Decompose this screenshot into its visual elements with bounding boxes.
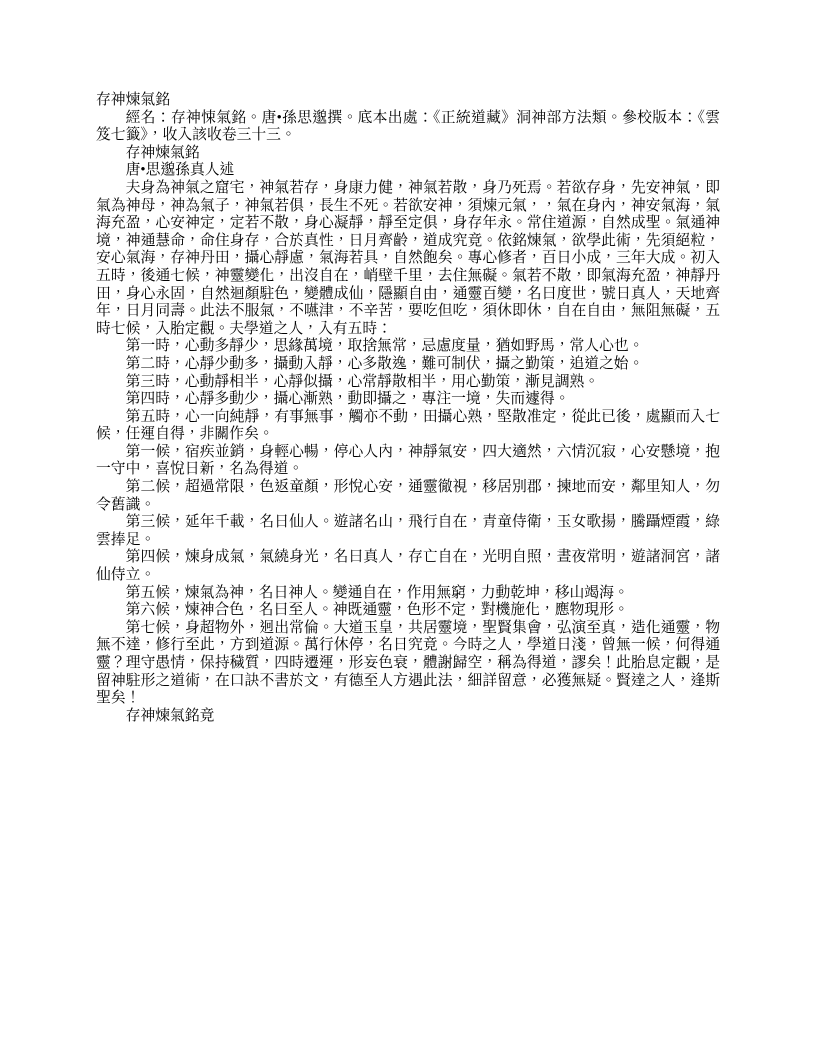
document-page: 存神煉氣銘 經名：存神悚氣銘。唐•孫思邈撰。底本出處：《正統道藏》洞神部方法類。… bbox=[0, 0, 816, 1056]
stage-3-paragraph: 第三時，心動靜相半，心靜似攝，心常靜散相半，用心勤策，漸見調熟。 bbox=[96, 374, 720, 392]
stage-5-paragraph: 第五時，心一向純靜，有事無事，觸亦不動，田攝心熟，堅散准定，從此已後，處顯而入七… bbox=[96, 409, 720, 444]
doc-heading: 存神煉氣銘 bbox=[96, 92, 720, 110]
phase-3-paragraph: 第三候，延年千載，名日仙人。遊諸名山，飛行自在，青童侍衛，玉女歌揚，騰躡煙霞，綠… bbox=[96, 514, 720, 549]
phase-5-paragraph: 第五候，煉氣為神，名日神人。變通自在，作用無窮，力動乾坤，移山竭海。 bbox=[96, 585, 720, 603]
inner-title: 存神煉氣銘 bbox=[96, 145, 720, 163]
intro-paragraph: 夫身為神氣之窟宅，神氣若存，身康力健，神氣若散，身乃死焉。若欲存身，先安神氣，即… bbox=[96, 180, 720, 338]
stage-4-paragraph: 第四時，心靜多動少，攝心漸熟，動即攝之，專注一境，失而遽得。 bbox=[96, 391, 720, 409]
phase-1-paragraph: 第一候，宿疾並銷，身輕心暢，停心人內，神靜氣安，四大適然，六情沉寂，心安懸境，抱… bbox=[96, 444, 720, 479]
stage-2-paragraph: 第二時，心靜少動多，攝動入靜，心多散逸，難可制伏，攝之勤策，追道之始。 bbox=[96, 356, 720, 374]
phase-2-paragraph: 第二候，超過常限，色返童顏，形悅心安，通靈徹視，移居別郡，揀地而安，鄰里知人，勿… bbox=[96, 479, 720, 514]
phase-7-paragraph: 第七候，身超物外，迥出常倫。大道玉皇，共居靈境，聖賢集會，弘演至真，造化通靈，物… bbox=[96, 620, 720, 708]
phase-4-paragraph: 第四候，煉身成氣，氣繞身光，名曰真人，存亡自在，光明自照，晝夜常明，遊諸洞宮，諸… bbox=[96, 549, 720, 584]
phase-6-paragraph: 第六候，煉神合色，名曰至人。神既通靈，色形不定，對機施化，應物現形。 bbox=[96, 602, 720, 620]
bibliographic-note: 經名：存神悚氣銘。唐•孫思邈撰。底本出處：《正統道藏》洞神部方法類。參校版本：《… bbox=[96, 110, 720, 145]
stage-1-paragraph: 第一時，心動多靜少，思緣萬境，取捨無常，忌慮度量，猶如野馬，常人心也。 bbox=[96, 338, 720, 356]
author-line: 唐•思邈孫真人述 bbox=[96, 162, 720, 180]
end-mark: 存神煉氣銘竟 bbox=[96, 708, 720, 726]
